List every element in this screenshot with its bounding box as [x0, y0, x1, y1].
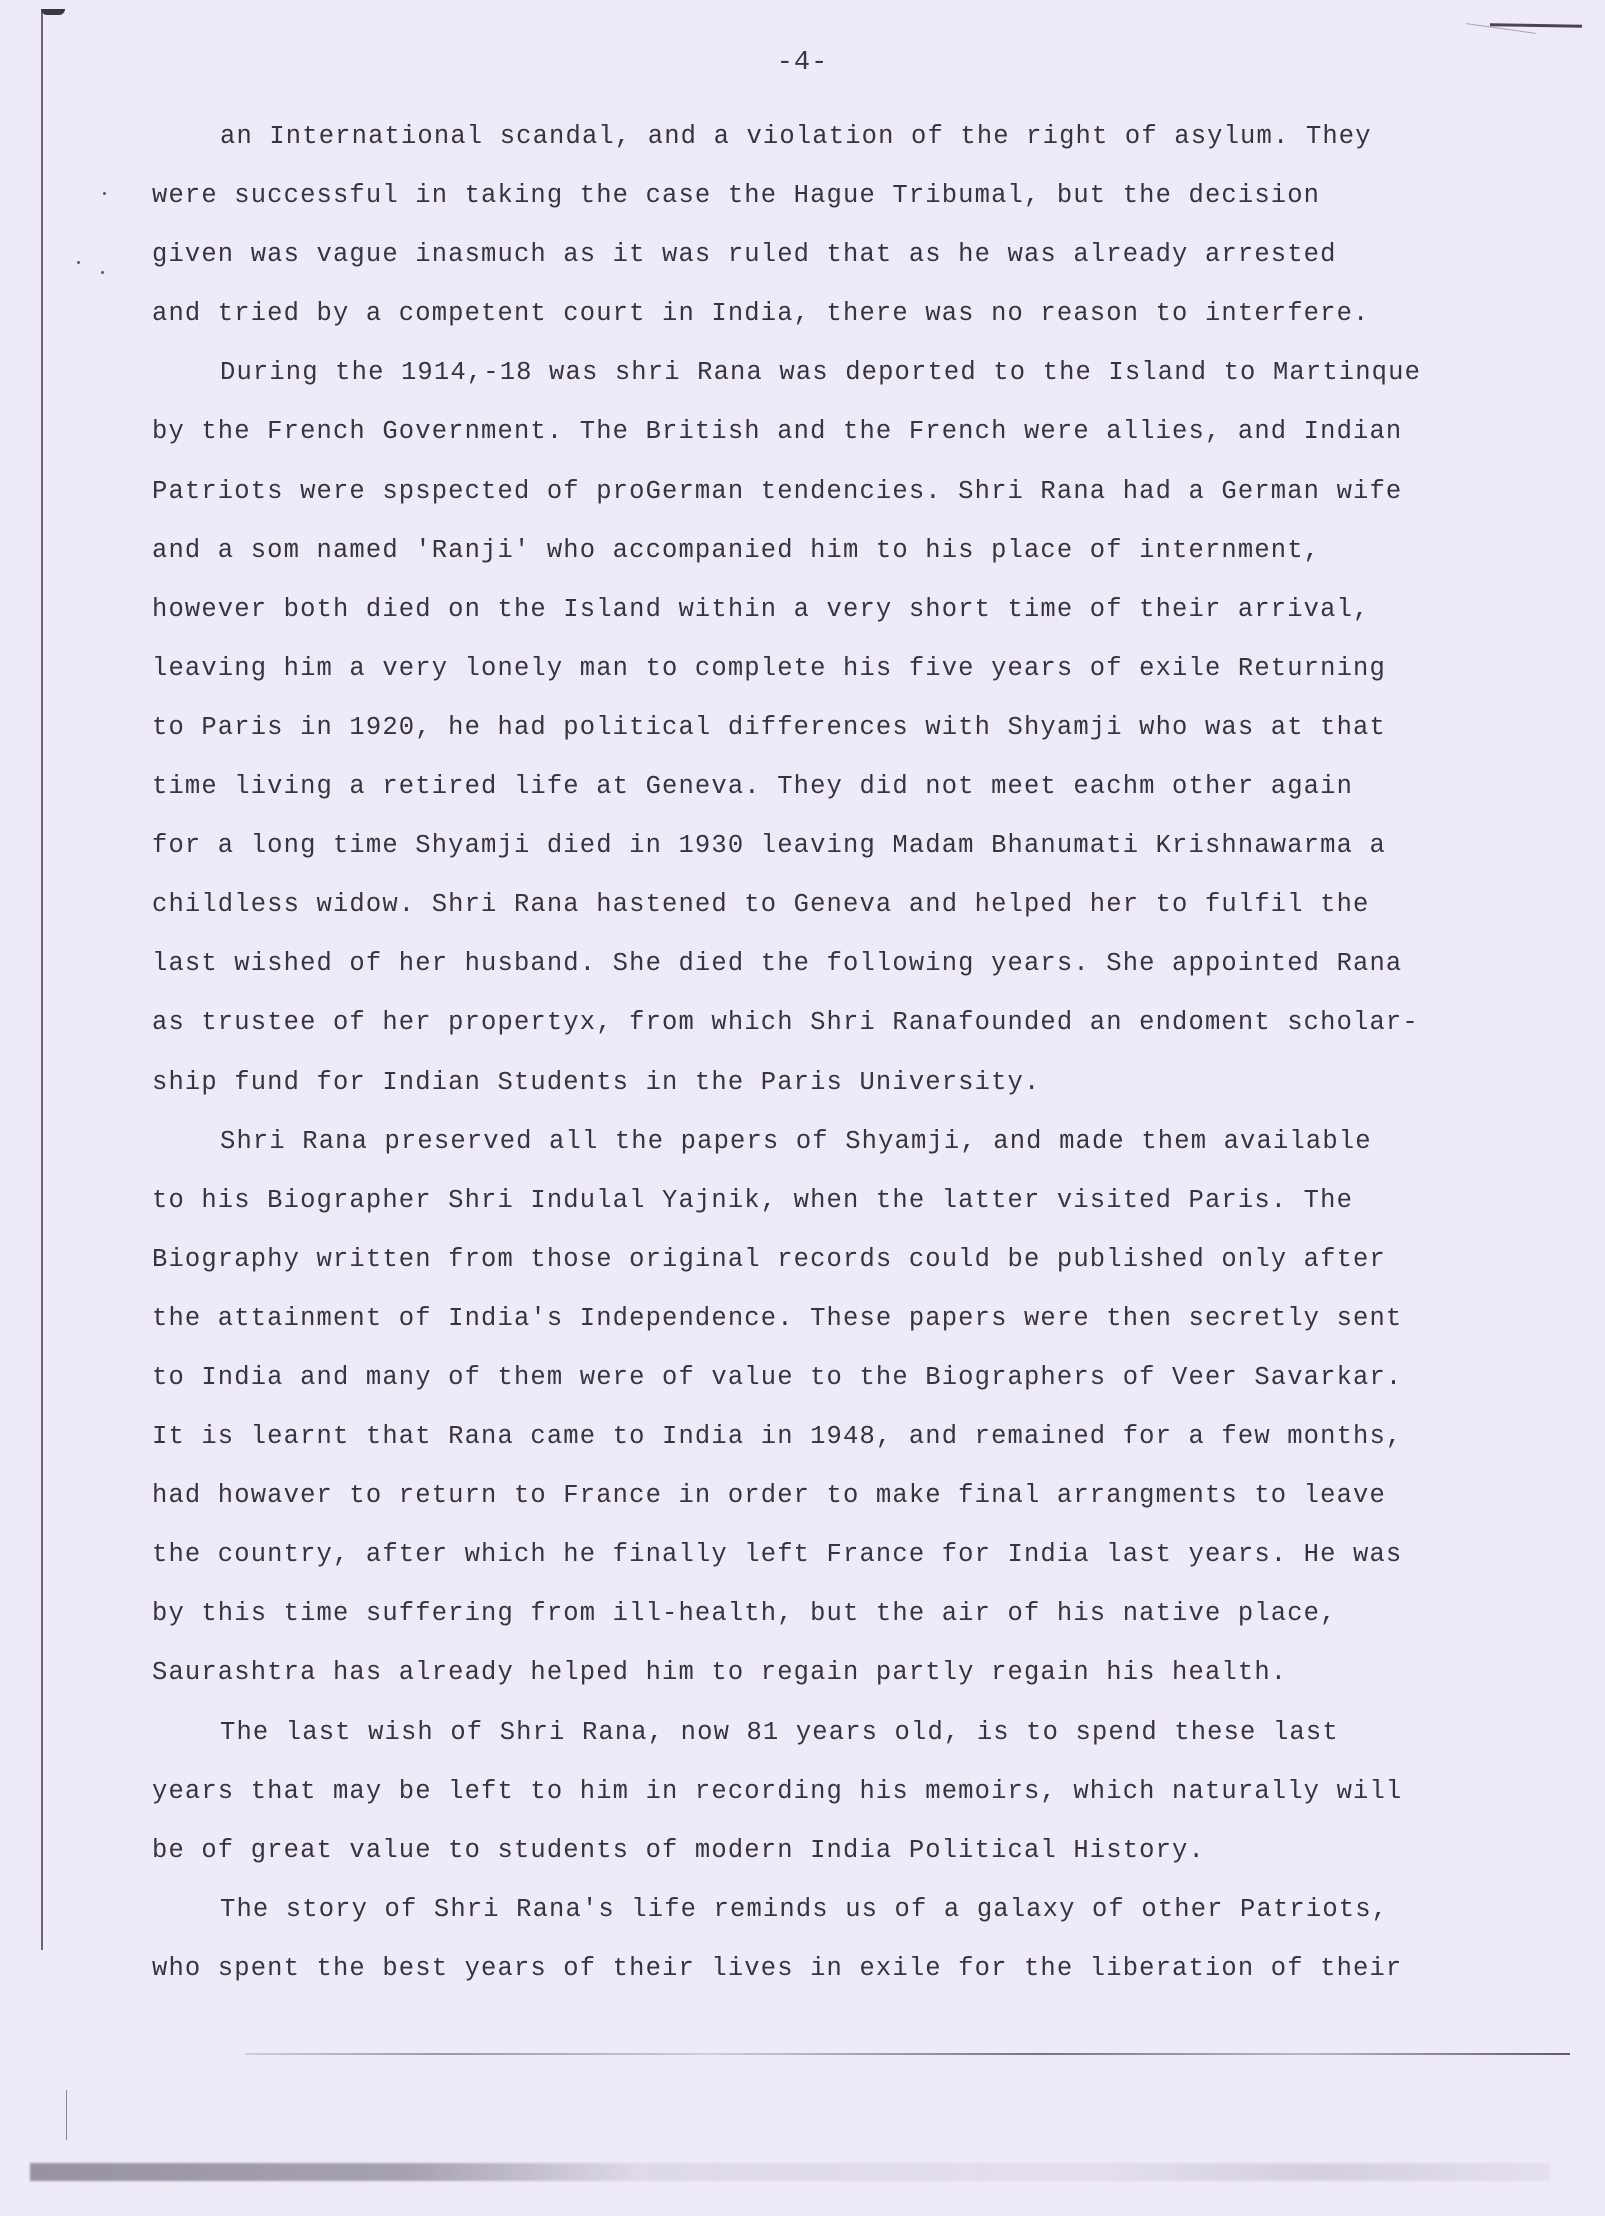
text-line: to his Biographer Shri Indulal Yajnik, w…	[152, 1181, 1552, 1240]
text-line: time living a retired life at Geneva. Th…	[152, 767, 1552, 826]
text-line: last wished of her husband. She died the…	[152, 944, 1552, 1003]
margin-speck	[77, 261, 80, 264]
text-line: an International scandal, and a violatio…	[152, 117, 1552, 176]
margin-speck	[101, 271, 104, 274]
paragraph: an International scandal, and a violatio…	[152, 117, 1552, 353]
text-line: years that may be left to him in recordi…	[152, 1772, 1552, 1831]
text-line: to Paris in 1920, he had political diffe…	[152, 708, 1552, 767]
text-line: leaving him a very lonely man to complet…	[152, 649, 1552, 708]
text-line: as trustee of her propertyx, from which …	[152, 1003, 1552, 1062]
paragraph: Shri Rana preserved all the papers of Sh…	[152, 1122, 1552, 1713]
text-line: be of great value to students of modern …	[152, 1831, 1552, 1890]
text-line: and a som named 'Ranji' who accompanied …	[152, 531, 1552, 590]
text-line: given was vague inasmuch as it was ruled…	[152, 235, 1552, 294]
page-number: -4-	[0, 48, 1605, 78]
text-line: The last wish of Shri Rana, now 81 years…	[152, 1713, 1552, 1772]
text-line: The story of Shri Rana's life reminds us…	[152, 1890, 1552, 1949]
lower-margin-mark	[66, 2090, 67, 2140]
scan-edge-smudge	[30, 2163, 1550, 2181]
text-line: and tried by a competent court in India,…	[152, 294, 1552, 353]
typewritten-page: -4- an International scandal, and a viol…	[0, 0, 1605, 2216]
text-line: by the French Government. The British an…	[152, 412, 1552, 471]
paragraph: The story of Shri Rana's life reminds us…	[152, 1890, 1552, 2008]
text-line: the attainment of India's Independence. …	[152, 1299, 1552, 1358]
top-right-rule	[1490, 23, 1582, 28]
text-line: for a long time Shyamji died in 1930 lea…	[152, 826, 1552, 885]
text-line: Saurashtra has already helped him to reg…	[152, 1653, 1552, 1712]
bottom-rule	[245, 2053, 1570, 2055]
text-line: ship fund for Indian Students in the Par…	[152, 1063, 1552, 1122]
text-line: who spent the best years of their lives …	[152, 1949, 1552, 2008]
text-line: childless widow. Shri Rana hastened to G…	[152, 885, 1552, 944]
text-line: to India and many of them were of value …	[152, 1358, 1552, 1417]
text-line: It is learnt that Rana came to India in …	[152, 1417, 1552, 1476]
text-line: were successful in taking the case the H…	[152, 176, 1552, 235]
text-line: During the 1914,-18 was shri Rana was de…	[152, 353, 1552, 412]
text-line: had howaver to return to France in order…	[152, 1476, 1552, 1535]
text-line: however both died on the Island within a…	[152, 590, 1552, 649]
paragraph: The last wish of Shri Rana, now 81 years…	[152, 1713, 1552, 1890]
margin-speck	[103, 192, 106, 195]
corner-staple-mark	[41, 9, 65, 15]
document-body: an International scandal, and a violatio…	[152, 117, 1552, 2008]
text-line: Biography written from those original re…	[152, 1240, 1552, 1299]
paragraph: During the 1914,-18 was shri Rana was de…	[152, 353, 1552, 1121]
text-line: by this time suffering from ill-health, …	[152, 1594, 1552, 1653]
left-margin-rule	[41, 10, 43, 1950]
text-line: the country, after which he finally left…	[152, 1535, 1552, 1594]
text-line: Shri Rana preserved all the papers of Sh…	[152, 1122, 1552, 1181]
text-line: Patriots were spspected of proGerman ten…	[152, 472, 1552, 531]
